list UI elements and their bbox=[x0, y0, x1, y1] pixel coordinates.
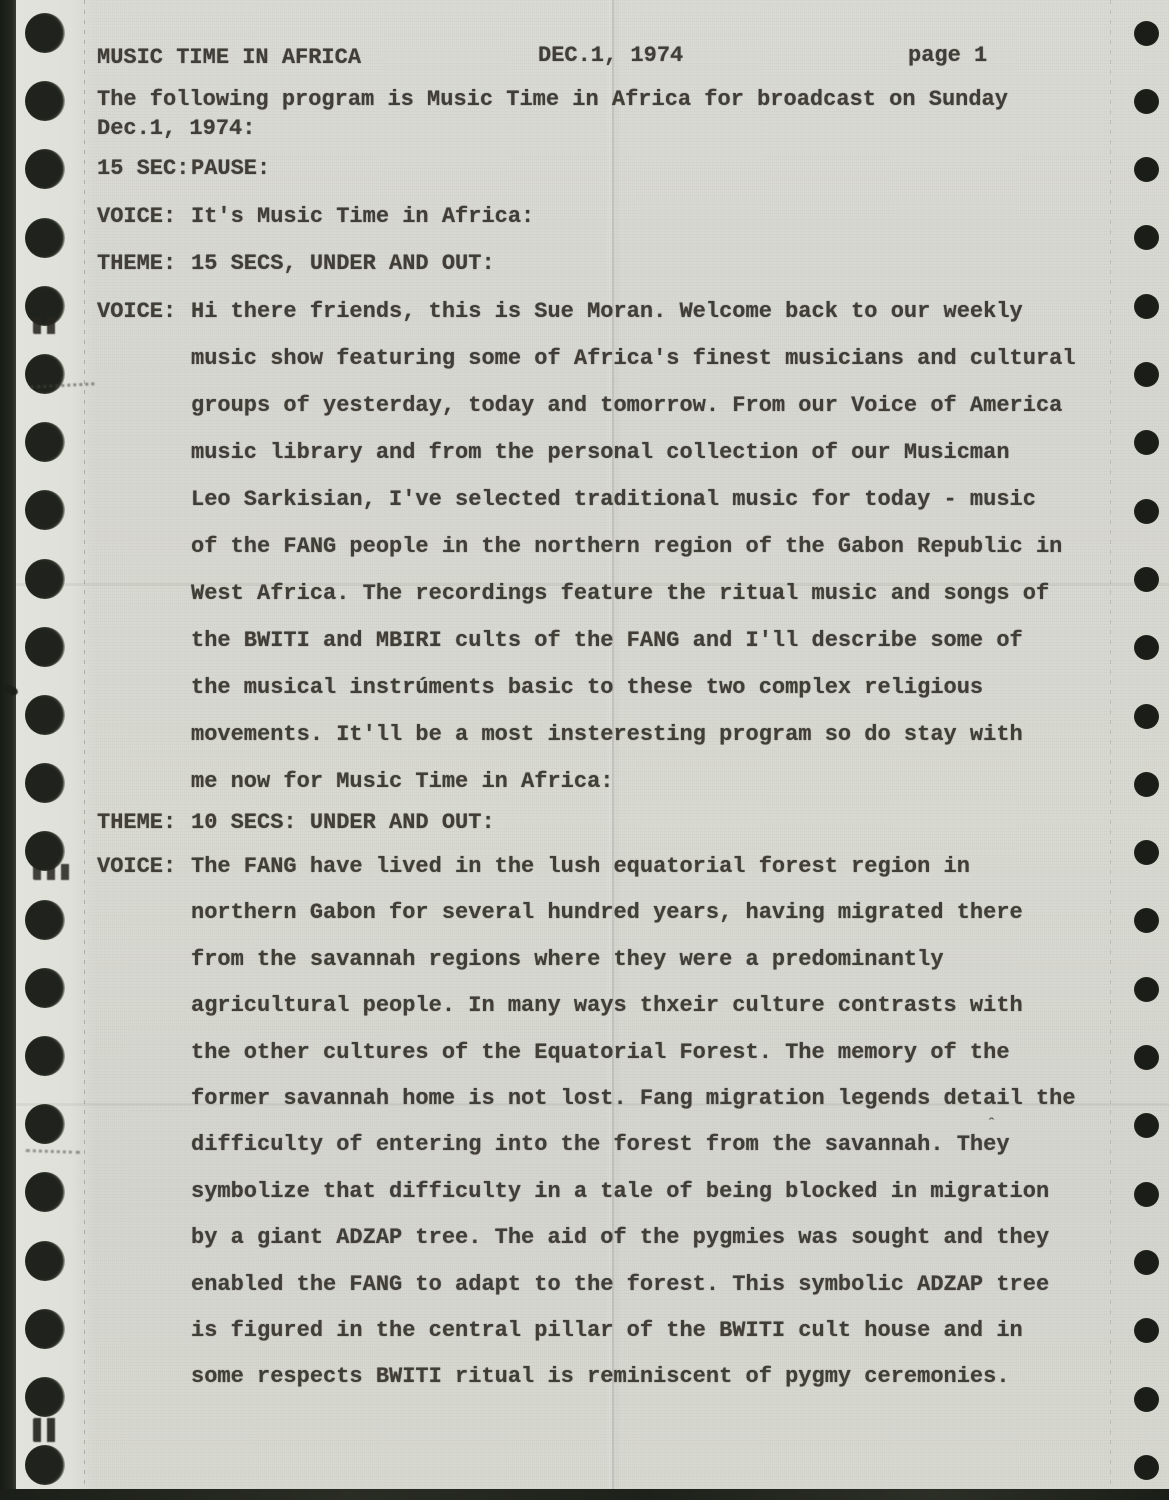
script-line: The following program is Music Time in A… bbox=[97, 89, 1008, 118]
punch-hole bbox=[25, 763, 65, 803]
punch-hole bbox=[1134, 21, 1159, 46]
punch-hole bbox=[1134, 157, 1159, 182]
script-line: of the FANG people in the northern regio… bbox=[191, 536, 1076, 583]
punch-hole bbox=[25, 1036, 65, 1076]
punch-hole bbox=[1134, 1250, 1159, 1275]
punch-hole bbox=[1134, 635, 1159, 660]
punch-hole bbox=[25, 81, 65, 121]
punch-hole bbox=[25, 900, 65, 940]
script-line: music library and from the personal coll… bbox=[191, 442, 1076, 489]
page-title: MUSIC TIME IN AFRICA bbox=[97, 47, 361, 69]
punch-hole bbox=[1134, 567, 1159, 592]
script-line: agricultural people. In many ways thxeir… bbox=[191, 995, 1076, 1041]
punch-hole bbox=[1134, 1045, 1159, 1070]
scanned-page: MUSIC TIME IN AFRICA DEC.1, 1974 page 1 … bbox=[0, 0, 1169, 1500]
scan-backing-bottom-edge bbox=[0, 1489, 1169, 1500]
script-line: The FANG have lived in the lush equatori… bbox=[191, 856, 1076, 902]
script-line: groups of yesterday, today and tomorrow.… bbox=[191, 395, 1076, 442]
script-line: It's Music Time in Africa: bbox=[191, 206, 534, 253]
cue-label: THEME: bbox=[97, 253, 176, 275]
script-line: symbolize that difficulty in a tale of b… bbox=[191, 1181, 1076, 1227]
punch-hole bbox=[1134, 704, 1159, 729]
punch-hole bbox=[25, 1104, 65, 1144]
punch-hole bbox=[1134, 977, 1159, 1002]
punch-hole bbox=[25, 218, 65, 258]
punch-hole bbox=[25, 1241, 65, 1281]
document-date: DEC.1, 1974 bbox=[538, 45, 683, 67]
punch-hole bbox=[1134, 772, 1159, 797]
punch-hole bbox=[1134, 89, 1159, 114]
punch-hole bbox=[25, 13, 65, 53]
punch-hole bbox=[25, 1309, 65, 1349]
punch-hole bbox=[25, 559, 65, 599]
script-line: enabled the FANG to adapt to the forest.… bbox=[191, 1274, 1076, 1320]
punch-hole bbox=[1134, 225, 1159, 250]
cue-label: VOICE: bbox=[97, 856, 176, 878]
punch-hole bbox=[1134, 430, 1159, 455]
scan-backing-left-edge bbox=[0, 0, 16, 1500]
cue-label: THEME: bbox=[97, 812, 176, 834]
punch-hole bbox=[1134, 1387, 1159, 1412]
punch-hole bbox=[1134, 840, 1159, 865]
script-line: by a giant ADZAP tree. The aid of the py… bbox=[191, 1227, 1076, 1273]
punch-hole bbox=[1134, 908, 1159, 933]
punch-hole bbox=[25, 695, 65, 735]
script-line: difficulty of entering into the forest f… bbox=[191, 1134, 1076, 1180]
script-line: movements. It'll be a most insteresting … bbox=[191, 724, 1076, 771]
script-line: some respects BWITI ritual is reminiscen… bbox=[191, 1366, 1076, 1412]
ink-smudge bbox=[33, 1418, 57, 1442]
script-line: Leo Sarkisian, I've selected traditional… bbox=[191, 489, 1076, 536]
script-line: is figured in the central pillar of the … bbox=[191, 1320, 1076, 1366]
punch-hole bbox=[25, 627, 65, 667]
typewriter-artifact-caret: ˆ bbox=[987, 1116, 996, 1133]
cue-label: 15 SEC: bbox=[97, 158, 189, 180]
script-line: the other cultures of the Equatorial For… bbox=[191, 1042, 1076, 1088]
script-line: Dec.1, 1974: bbox=[97, 118, 1008, 147]
script-line: northern Gabon for several hundred years… bbox=[191, 902, 1076, 948]
punch-hole bbox=[25, 968, 65, 1008]
script-line: from the savannah regions where they wer… bbox=[191, 949, 1076, 995]
script-line: former savannah home is not lost. Fang m… bbox=[191, 1088, 1076, 1134]
punch-hole bbox=[25, 1377, 65, 1417]
ink-smudge bbox=[26, 1139, 80, 1154]
script-line: 15 SECS, UNDER AND OUT: bbox=[191, 253, 495, 300]
cue-label: VOICE: bbox=[97, 301, 176, 323]
script-line: PAUSE: bbox=[191, 158, 270, 205]
perforation-line-left bbox=[84, 0, 85, 1489]
punch-hole bbox=[1134, 362, 1159, 387]
perforation-line-right bbox=[1110, 0, 1111, 1489]
punch-hole bbox=[1134, 1318, 1159, 1343]
script-line: music show featuring some of Africa's fi… bbox=[191, 348, 1076, 395]
script-line: the musical instrúments basic to these t… bbox=[191, 677, 1076, 724]
script-line: 10 SECS: UNDER AND OUT: bbox=[191, 812, 495, 859]
punch-hole bbox=[1134, 1455, 1159, 1480]
screenshot-root: { "header": { "title": "MUSIC TIME IN AF… bbox=[0, 0, 1169, 1500]
cue-label: VOICE: bbox=[97, 206, 176, 228]
script-line: Hi there friends, this is Sue Moran. Wel… bbox=[191, 301, 1076, 348]
punch-hole bbox=[1134, 294, 1159, 319]
ink-smudge bbox=[33, 317, 57, 334]
script-line: West Africa. The recordings feature the … bbox=[191, 583, 1076, 630]
punch-hole bbox=[25, 422, 65, 462]
ink-smudge bbox=[33, 864, 75, 880]
script-line: the BWITI and MBIRI cults of the FANG an… bbox=[191, 630, 1076, 677]
punch-hole bbox=[1134, 1113, 1159, 1138]
punch-hole bbox=[1134, 1182, 1159, 1207]
page-number: page 1 bbox=[908, 45, 987, 67]
punch-hole bbox=[1134, 499, 1159, 524]
punch-hole bbox=[25, 1445, 65, 1485]
